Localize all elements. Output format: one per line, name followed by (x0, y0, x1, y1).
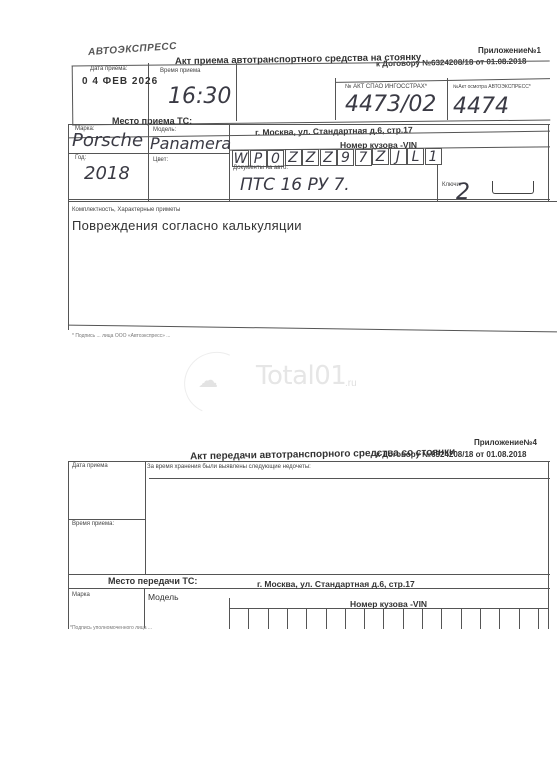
transfer-place-address: г. Москва, ул. Стандартная д.6, стр.17 (257, 579, 415, 589)
vin-char-cell (538, 609, 557, 629)
vin-char-cell (441, 609, 461, 629)
vin-char-cell (519, 609, 539, 629)
vin-char-cell (461, 609, 481, 629)
divider (236, 63, 237, 121)
vin-char-cell (499, 609, 519, 629)
company-logo: АВТОЭКСПРЕСС (88, 41, 178, 58)
vin-char-cell: J (390, 148, 407, 165)
vin-char-cell: 9 (337, 149, 354, 166)
date-label: Дата приема: (90, 66, 127, 72)
time-value: 16:30 (168, 84, 231, 109)
inspection-number-value: 4474 (453, 94, 509, 119)
vin-char-cell (403, 609, 423, 629)
divider (437, 164, 438, 201)
documents-label: Документы на авто: (233, 165, 288, 171)
divider (548, 461, 549, 629)
keys-bracket-mark (492, 181, 534, 194)
transfer-time-label: Время приема: (72, 521, 114, 527)
time-label: Время приема (160, 68, 200, 74)
divider (68, 461, 69, 629)
divider (68, 199, 550, 200)
watermark-suffix: .ru (345, 378, 357, 389)
features-value: Повреждения согласно калькуляции (72, 218, 302, 233)
model-value: Panamera (150, 134, 231, 153)
model-label: Модель: (153, 127, 176, 133)
vin-char-cell (364, 609, 384, 629)
vin-char-cell (268, 609, 288, 629)
make-label: Марка (72, 592, 90, 598)
divider (144, 588, 145, 628)
divider (149, 478, 550, 479)
divider (68, 519, 146, 520)
year-label: Год: (75, 155, 86, 161)
divider (335, 78, 336, 120)
vin-char-cell (229, 609, 249, 629)
annex-number: Приложение№1 (478, 46, 541, 55)
annex-number: Приложение№4 (474, 438, 537, 447)
vin-char-cell (345, 609, 365, 629)
transfer-place-label: Место передачи ТС: (108, 576, 197, 586)
vin-char-cell: 7 (355, 149, 372, 166)
year-value: 2018 (84, 163, 130, 184)
vin-char-cell (422, 609, 442, 629)
vin-char-cell: Z (285, 149, 302, 166)
model-label: Модель (148, 592, 179, 602)
car-logo-icon: ☁ (198, 368, 218, 393)
vin-char-cell: Z (320, 149, 337, 166)
features-label: Комплектность, Характерные приметы (72, 207, 180, 213)
vin-char-cell (287, 609, 307, 629)
reception-place-address: г. Москва, ул. Стандартная д.6, стр.17 (255, 125, 413, 138)
divider (68, 124, 69, 201)
divider (145, 461, 146, 575)
transfer-date-label: Дата приема (72, 463, 108, 469)
vin-char-cell: Z (302, 149, 319, 166)
divider (548, 124, 549, 201)
vin-char-cell: Z (372, 148, 389, 165)
inspection-number-label: №Акт осмотра АВТОЭКСПРЕСС* (453, 84, 531, 90)
documents-value: ПТС 16 РУ 7. (240, 175, 350, 195)
vin-char-cell: 1 (425, 148, 442, 165)
date-stamp: 0 4 ФЕВ 2026 (82, 76, 158, 87)
footnote: * Подпись ... лица ООО «Автоэкспресс» ..… (72, 333, 170, 339)
color-label: Цвет: (153, 157, 168, 163)
act-number-value: 4473/02 (345, 92, 436, 117)
divider (68, 153, 230, 154)
divider (148, 63, 149, 121)
footnote: *Подпись уполномоченного лица ... (70, 625, 152, 631)
vin-char-cell (383, 609, 403, 629)
divider (68, 124, 550, 125)
vin-char-cell (306, 609, 326, 629)
divider (68, 461, 550, 462)
vin-char-cell (480, 609, 500, 629)
form-title: Акт передачи автотранспорного средства с… (190, 447, 455, 463)
storage-notes-label: За время хранения были выявлены следующи… (147, 464, 311, 470)
watermark-text: Total01 (256, 361, 346, 391)
divider (68, 574, 550, 575)
vin-char-cell (248, 609, 268, 629)
make-value: Porsche (72, 130, 143, 151)
vin-char-cell: L (407, 148, 424, 165)
vin-header: Номер кузова -VIN (350, 599, 427, 609)
divider (447, 78, 448, 120)
act-number-label: № АКТ СПАО ИНГОССТРАХ* (345, 84, 427, 90)
divider (148, 124, 149, 201)
vin-char-cell (326, 609, 346, 629)
